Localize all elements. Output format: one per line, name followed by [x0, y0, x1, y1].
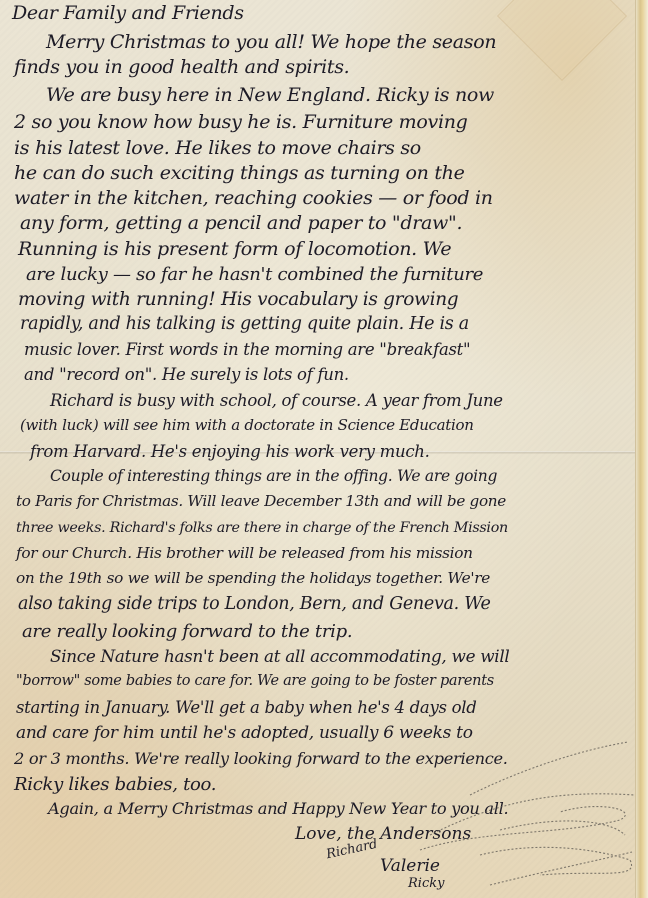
- letter-page: Dear Family and Friends Merry Christmas …: [0, 0, 648, 898]
- letter-line: three weeks. Richard's folks are there i…: [16, 521, 508, 535]
- closing: Love, the Andersons: [295, 826, 471, 843]
- letter-line: Running is his present form of locomotio…: [18, 240, 451, 259]
- letter-line: moving with running! His vocabulary is g…: [18, 291, 458, 310]
- letter-line: Couple of interesting things are in the …: [50, 469, 497, 485]
- letter-line: Ricky likes babies, too.: [14, 776, 216, 794]
- letter-line: music lover. First words in the morning …: [24, 342, 470, 359]
- letter-line: to Paris for Christmas. Will leave Decem…: [16, 494, 506, 509]
- letter-line: We are busy here in New England. Ricky i…: [46, 86, 494, 105]
- letter-line: finds you in good health and spirits.: [14, 58, 349, 77]
- letter-line: starting in January. We'll get a baby wh…: [16, 700, 476, 717]
- letter-line: any form, getting a pencil and paper to …: [20, 214, 462, 233]
- letter-line: also taking side trips to London, Bern, …: [18, 596, 491, 614]
- letter-line: Richard is busy with school, of course. …: [50, 393, 503, 410]
- letter-line: rapidly, and his talking is getting quit…: [20, 316, 469, 334]
- letter-line: on the 19th so we will be spending the h…: [16, 571, 490, 586]
- letter-line: he can do such exciting things as turnin…: [14, 164, 465, 183]
- letter-line: and "record on". He surely is lots of fu…: [24, 367, 349, 384]
- letter-line: are lucky — so far he hasn't combined th…: [26, 266, 483, 284]
- letter-line: (with luck) will see him with a doctorat…: [20, 418, 474, 433]
- salutation: Dear Family and Friends: [12, 4, 244, 23]
- letter-line: are really looking forward to the trip.: [22, 623, 352, 641]
- letter-line: from Harvard. He's enjoying his work ver…: [30, 444, 430, 461]
- letter-line: and care for him until he's adopted, usu…: [16, 725, 473, 742]
- paper-right-edge: [635, 0, 648, 898]
- letter-line: 2 or 3 months. We're really looking forw…: [14, 751, 508, 767]
- letter-line: water in the kitchen, reaching cookies —…: [14, 189, 493, 208]
- letter-line: Merry Christmas to you all! We hope the …: [46, 33, 496, 52]
- letter-line: "borrow" some babies to care for. We are…: [16, 674, 494, 689]
- letter-line: for our Church. His brother will be rele…: [16, 546, 473, 561]
- letter-line: is his latest love. He likes to move cha…: [14, 139, 421, 158]
- signature-valerie: Valerie: [380, 858, 440, 875]
- signature-ricky: Ricky: [408, 877, 444, 890]
- letter-line: Since Nature hasn't been at all accommod…: [50, 648, 510, 665]
- letter-line: 2 so you know how busy he is. Furniture …: [14, 113, 468, 132]
- letter-line: Again, a Merry Christmas and Happy New Y…: [48, 801, 508, 817]
- corner-fold-mark: [497, 0, 627, 81]
